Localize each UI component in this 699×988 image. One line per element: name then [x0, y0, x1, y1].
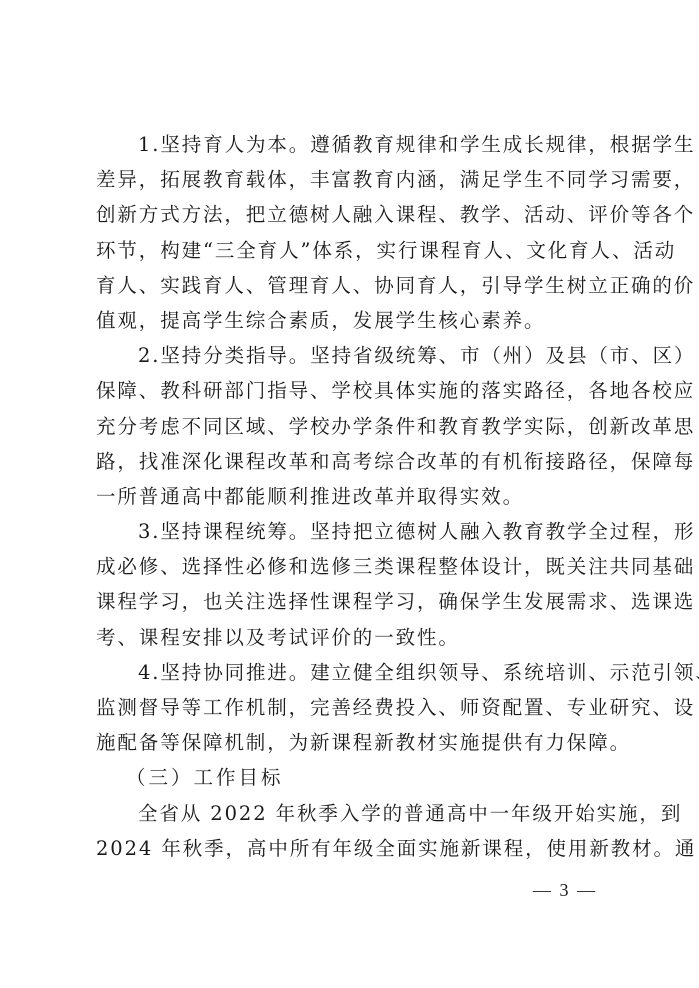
- paragraph-principle-2: 2.坚持分类指导。坚持省级统筹、市（州）及县（市、区） 保障、教科研部门指导、学…: [96, 338, 612, 514]
- text-line: 差异，拓展教育载体，丰富教育内涵，满足学生不同学习需要，: [96, 162, 612, 197]
- text-line: 2.坚持分类指导。坚持省级统筹、市（州）及县（市、区）: [96, 338, 612, 373]
- section-heading: （三）工作目标: [96, 760, 612, 795]
- text-line: 值观，提高学生综合素质，发展学生核心素养。: [96, 303, 612, 338]
- text-line: 监测督导等工作机制，完善经费投入、师资配置、专业研究、设: [96, 690, 612, 725]
- text-line: 创新方式方法，把立德树人融入课程、教学、活动、评价等各个: [96, 197, 612, 232]
- paragraph-work-goal: 全省从 2022 年秋季入学的普通高中一年级开始实施，到 2024 年秋季，高中…: [96, 796, 612, 866]
- document-body: 1.坚持育人为本。遵循教育规律和学生成长规律，根据学生 差异，拓展教育载体，丰富…: [96, 127, 612, 866]
- text-line: 充分考虑不同区域、学校办学条件和教育教学实际，创新改革思: [96, 409, 612, 444]
- text-line: 2024 年秋季，高中所有年级全面实施新课程，使用新教材。通: [96, 831, 612, 866]
- page-number: — 3 —: [530, 880, 600, 901]
- text-line: 环节，构建“三全育人”体系，实行课程育人、文化育人、活动: [96, 233, 612, 268]
- text-line: 1.坚持育人为本。遵循教育规律和学生成长规律，根据学生: [96, 127, 612, 162]
- text-line: 一所普通高中都能顺利推进改革并取得实效。: [96, 479, 612, 514]
- document-page: 1.坚持育人为本。遵循教育规律和学生成长规律，根据学生 差异，拓展教育载体，丰富…: [0, 0, 699, 988]
- text-line: 全省从 2022 年秋季入学的普通高中一年级开始实施，到: [96, 796, 612, 831]
- text-line: 育人、实践育人、管理育人、协同育人，引导学生树立正确的价: [96, 268, 612, 303]
- paragraph-principle-3: 3.坚持课程统筹。坚持把立德树人融入教育教学全过程，形 成必修、选择性必修和选修…: [96, 514, 612, 655]
- text-line: 保障、教科研部门指导、学校具体实施的落实路径，各地各校应: [96, 373, 612, 408]
- text-line: 课程学习，也关注选择性课程学习，确保学生发展需求、选课选: [96, 584, 612, 619]
- section-heading-work-goals: （三）工作目标: [96, 760, 612, 795]
- text-line: 考、课程安排以及考试评价的一致性。: [96, 620, 612, 655]
- text-line: 3.坚持课程统筹。坚持把立德树人融入教育教学全过程，形: [96, 514, 612, 549]
- paragraph-principle-4: 4.坚持协同推进。建立健全组织领导、系统培训、示范引领、 监测督导等工作机制，完…: [96, 655, 612, 761]
- text-line: 成必修、选择性必修和选修三类课程整体设计，既关注共同基础: [96, 549, 612, 584]
- text-line: 路，找准深化课程改革和高考综合改革的有机衔接路径，保障每: [96, 444, 612, 479]
- text-line: 4.坚持协同推进。建立健全组织领导、系统培训、示范引领、: [96, 655, 612, 690]
- paragraph-principle-1: 1.坚持育人为本。遵循教育规律和学生成长规律，根据学生 差异，拓展教育载体，丰富…: [96, 127, 612, 338]
- text-line: 施配备等保障机制，为新课程新教材实施提供有力保障。: [96, 725, 612, 760]
